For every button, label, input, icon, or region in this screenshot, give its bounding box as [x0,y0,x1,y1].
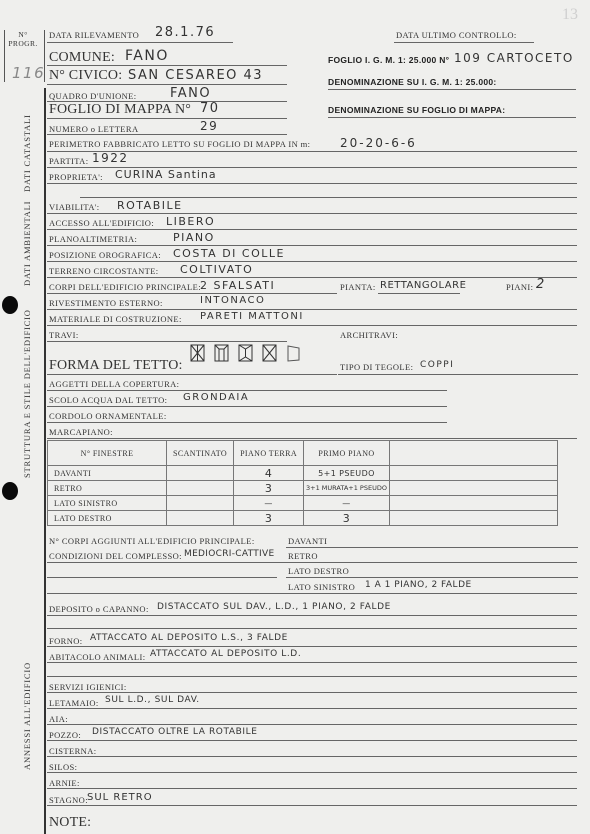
section-struttura: STRUTTURA E STILE DELL'EDIFICIO [22,309,32,478]
hip-roof-sketch-icon [262,344,278,362]
partita-label: PARTITA: [49,156,88,166]
deposito-value[interactable]: DISTACCATO SUL DAV., L.D., 1 PIANO, 2 FA… [157,602,391,612]
scolo-label: SCOLO ACQUA DAL TETTO: [49,395,167,405]
tipo-tegole-label: TIPO DI TEGOLE: [340,362,413,372]
arnie-label: ARNIE: [49,778,80,788]
foglio-igm-label: FOGLIO I. G. M. 1: 25.000 N° [328,55,449,65]
terreno-label: TERRENO CIRCOSTANTE: [49,266,159,276]
cell-piano-terra[interactable]: — [234,496,304,511]
lato-sinistro-label: LATO SINISTRO [288,582,355,592]
cell-primo-piano[interactable]: — [304,496,390,511]
viabilita-label: VIABILITA': [49,202,100,212]
data-rilevamento-label: DATA RILEVAMENTO [49,30,139,40]
gable-roof-sketch-icon [238,344,254,362]
data-rilevamento-value[interactable]: 28.1.76 [155,25,215,40]
comune-value[interactable]: FANO [125,48,169,64]
travi-label: TRAVI: [49,330,79,340]
condizioni-label: CONDIZIONI DEL COMPLESSO: [49,551,182,561]
perimetro-label: PERIMETRO FABBRICATO LETTO SU FOGLIO DI … [49,139,310,149]
piani-value[interactable]: 2 [536,277,546,292]
gable-roof-sketch-icon [214,344,230,362]
rivestimento-value[interactable]: INTONACO [200,295,265,306]
progr-label: N° PROGR. [6,30,40,48]
architravi-label: ARCHITRAVI: [340,330,398,340]
materiale-label: MATERIALE DI COSTRUZIONE: [49,314,182,324]
cell-piano-terra[interactable]: 3 [234,481,304,496]
pianta-value[interactable]: RETTANGOLARE [380,280,466,291]
cell-scantinato[interactable] [167,511,234,526]
piani-label: PIANI: [506,282,533,292]
accesso-label: ACCESSO ALL'EDIFICIO: [49,218,154,228]
deposito-label: DEPOSITO o CAPANNO: [49,604,149,614]
quadro-value[interactable]: FANO [170,86,211,101]
table-row: LATO DESTRO 3 3 [48,511,558,526]
viabilita-value[interactable]: ROTABILE [117,199,183,212]
aia-label: AIA: [49,714,68,724]
pianta-label: PIANTA: [340,282,376,292]
lato-destro-label: LATO DESTRO [288,566,349,576]
cell-piano-terra[interactable]: 4 [234,466,304,481]
foglio-mappa-label: FOGLIO DI MAPPA N° [49,102,191,118]
retro-label: RETRO [288,551,318,561]
quadro-label: QUADRO D'UNIONE: [49,91,137,101]
table-row: RETRO 3 3+1 MURATA+1 PSEUDO [48,481,558,496]
lean-to-roof-sketch-icon [286,344,302,362]
comune-label: COMUNE: [49,50,115,66]
abitacolo-label: ABITACOLO ANIMALI: [49,652,145,662]
header-finestre: N° FINESTRE [48,441,167,466]
terreno-value[interactable]: COLTIVATO [180,263,253,276]
denom-igm-label: DENOMINAZIONE SU I. G. M. 1: 25.000: [328,77,497,87]
perimetro-value[interactable]: 20-20-6-6 [340,136,417,150]
binder-hole [2,482,18,500]
forno-value[interactable]: ATTACCATO AL DEPOSITO L.S., 3 FALDE [90,633,288,643]
numero-label: NUMERO o LETTERA [49,124,139,134]
windows-table: N° FINESTRE SCANTINATO PIANO TERRA PRIMO… [47,440,558,526]
table-header-row: N° FINESTRE SCANTINATO PIANO TERRA PRIMO… [48,441,558,466]
scolo-value[interactable]: GRONDAIA [183,392,249,403]
header-extra [389,441,557,466]
cell-piano-terra[interactable]: 3 [234,511,304,526]
pozzo-value[interactable]: DISTACCATO OLTRE LA ROTABILE [92,727,258,737]
corpi-value[interactable]: 2 SFALSATI [200,279,275,292]
table-row: DAVANTI 4 5+1 PSEUDO [48,466,558,481]
cell-extra[interactable] [389,481,557,496]
note-label: NOTE: [49,815,91,831]
header-primo-piano: PRIMO PIANO [304,441,390,466]
cell-scantinato[interactable] [167,466,234,481]
silos-label: SILOS: [49,762,77,772]
letamaio-label: LETAMAIO: [49,698,99,708]
forno-label: FORNO: [49,636,83,646]
header-piano-terra: PIANO TERRA [234,441,304,466]
pozzo-label: POZZO: [49,730,81,740]
marcapiano-label: MARCAPIANO: [49,427,113,437]
tipo-tegole-value[interactable]: COPPI [420,360,454,370]
header-scantinato: SCANTINATO [167,441,234,466]
cell-scantinato[interactable] [167,496,234,511]
cell-primo-piano[interactable]: 3 [304,511,390,526]
servizi-label: SERVIZI IGIENICI: [49,682,127,692]
cell-extra[interactable] [389,511,557,526]
proprieta-value[interactable]: CURINA Santina [115,168,217,181]
materiale-value[interactable]: PARETI MATTONI [200,311,304,322]
civico-value[interactable]: SAN CESAREO 43 [128,68,263,83]
section-dati-catastali: DATI CATASTALI [22,114,32,192]
cell-primo-piano[interactable]: 5+1 PSEUDO [304,466,390,481]
row-label: RETRO [48,481,167,496]
foglio-igm-value[interactable]: 109 CARTOCETO [454,51,574,65]
binder-hole [2,296,18,314]
lato-sinistro-value[interactable]: 1 A 1 PIANO, 2 FALDE [365,580,472,590]
foglio-mappa-value[interactable]: 70 [200,101,220,116]
stagno-value[interactable]: SUL RETRO [87,792,153,803]
cordolo-label: CORDOLO ORNAMENTALE: [49,411,167,421]
accesso-value[interactable]: LIBERO [166,215,215,228]
roof-shape-sketches [190,344,306,367]
cell-scantinato[interactable] [167,481,234,496]
data-ultimo-controllo-label: DATA ULTIMO CONTROLLO: [396,30,517,40]
row-label: LATO SINISTRO [48,496,167,511]
abitacolo-value[interactable]: ATTACCATO AL DEPOSITO L.D. [150,649,301,659]
cisterna-label: CISTERNA: [49,746,97,756]
cell-extra[interactable] [389,466,557,481]
proprieta-label: PROPRIETA': [49,172,103,182]
progr-value: 116 [12,64,45,82]
planoaltimetria-label: PLANOALTIMETRIA: [49,234,137,244]
hip-roof-sketch-icon [190,344,206,362]
civico-label: N° CIVICO: [49,68,122,84]
aggetti-label: AGGETTI DELLA COPERTURA: [49,379,179,389]
corpi-label: CORPI DELL'EDIFICIO PRINCIPALE: [49,282,201,292]
cell-primo-piano[interactable]: 3+1 MURATA+1 PSEUDO [304,481,390,496]
numero-value[interactable]: 29 [200,119,218,133]
corner-mark: 13 [562,6,578,24]
posizione-value[interactable]: COSTA DI COLLE [173,247,285,260]
row-label: LATO DESTRO [48,511,167,526]
table-row: LATO SINISTRO — — [48,496,558,511]
posizione-label: POSIZIONE OROGRAFICA: [49,250,161,260]
planoaltimetria-value[interactable]: PIANO [173,231,215,244]
condizioni-value[interactable]: MEDIOCRI-CATTIVE [184,549,274,559]
row-label: DAVANTI [48,466,167,481]
stagno-label: STAGNO: [49,795,88,805]
partita-value[interactable]: 1922 [92,151,129,165]
cell-extra[interactable] [389,496,557,511]
corpi-aggiunti-label: N° CORPI AGGIUNTI ALL'EDIFICIO PRINCIPAL… [49,536,255,546]
rivestimento-label: RIVESTIMENTO ESTERNO: [49,298,163,308]
section-annessi: ANNESSI ALL'EDIFICIO [22,662,32,770]
forma-tetto-label: FORMA DEL TETTO: [49,358,183,374]
davanti-label: DAVANTI [288,536,327,546]
denom-mappa-label: DENOMINAZIONE SU FOGLIO DI MAPPA: [328,105,505,115]
section-dati-ambientali: DATI AMBIENTALI [22,201,32,286]
letamaio-value[interactable]: SUL L.D., SUL DAV. [105,695,200,705]
